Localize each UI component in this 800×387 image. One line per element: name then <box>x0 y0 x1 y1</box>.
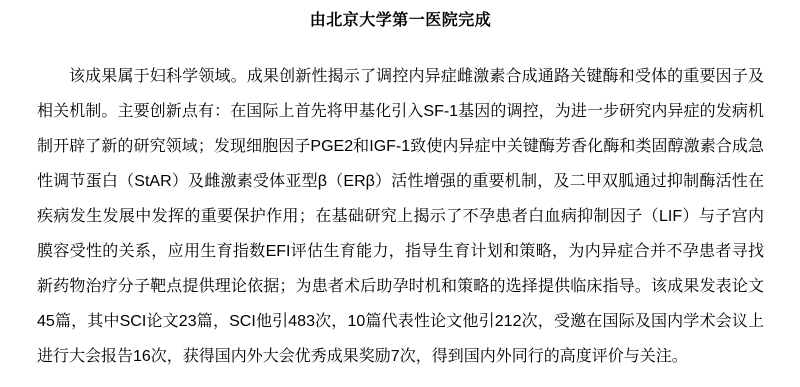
document-paragraph: 该成果属于妇科学领域。成果创新性揭示了调控内异症雌激素合成通路关键酶和受体的重要… <box>37 59 764 374</box>
document-page: 由北京大学第一医院完成 该成果属于妇科学领域。成果创新性揭示了调控内异症雌激素合… <box>0 0 800 387</box>
document-title: 由北京大学第一医院完成 <box>37 10 764 32</box>
